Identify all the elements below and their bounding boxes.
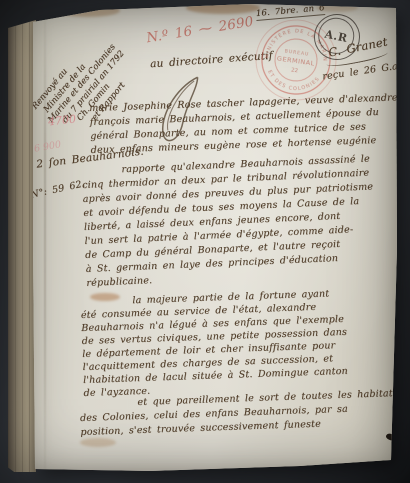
manuscript-page: Renvoyé au Ministre de la Marine et des … xyxy=(28,2,400,472)
paper-sheet: Renvoyé au Ministre de la Marine et des … xyxy=(28,2,400,472)
red-stamp-center-line2: GERMINAL xyxy=(276,54,315,67)
photo-frame: Renvoyé au Ministre de la Marine et des … xyxy=(0,0,410,483)
body-paragraph-1: marie Josephine Rose tascher lapagerie, … xyxy=(89,91,396,158)
stain xyxy=(186,2,260,14)
docket-number: N°: 59 62. xyxy=(29,178,86,200)
body-paragraph-2: rapporte qu'alexandre Beauharnois assass… xyxy=(81,151,398,290)
red-stamp-center-line3: 22 xyxy=(291,67,299,74)
registry-number: N.º 16 ⁓ 2690 xyxy=(145,14,254,47)
body-paragraph-3: la majeure partie de la fortune ayant ét… xyxy=(80,285,393,400)
ink-blot xyxy=(393,421,397,424)
ink-blot xyxy=(385,432,396,441)
